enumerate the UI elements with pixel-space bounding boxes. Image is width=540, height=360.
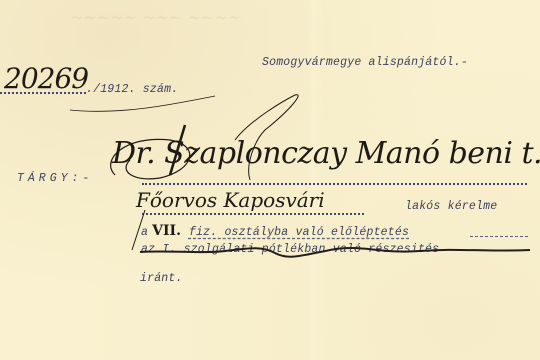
document-page: ~~~~~ ~~~ ~~~~ Somogyvármegye alispánját… bbox=[0, 0, 540, 360]
strikethrough-scribble bbox=[0, 0, 540, 360]
closing-text: iránt. bbox=[140, 272, 183, 285]
